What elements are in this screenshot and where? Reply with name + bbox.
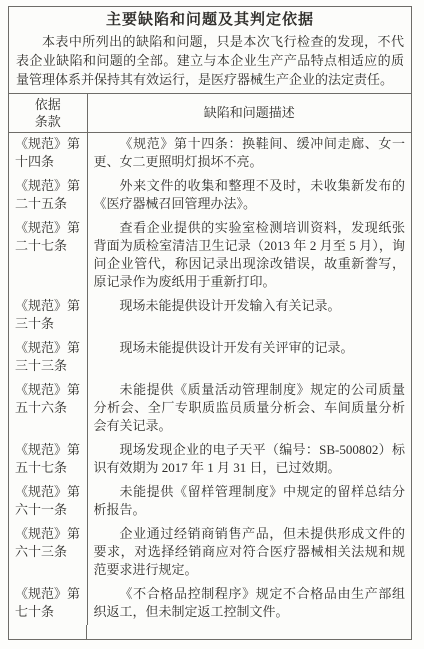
- clause-column-empty: [9, 625, 87, 639]
- defect-description: 查看企业提供的实验室检测培训资料，发现纸张背面为质检室清洁卫生记录（2013 年…: [87, 217, 411, 295]
- clause-column-header: 依据 条款: [9, 94, 87, 133]
- clause-reference: 《规范》第六十一条: [9, 481, 87, 523]
- defect-description: 现场发现企业的电子天平（编号：SB-500802）标识有效期为 2017 年 1…: [87, 439, 411, 481]
- defect-description: 现场未能提供设计开发输入有关记录。: [87, 295, 411, 337]
- defect-description: 现场未能提供设计开发有关评审的记录。: [87, 337, 411, 379]
- defect-row: 《规范》第五十六条未能提供《质量活动管理制度》规定的公司质量分析会、全厂专职质监…: [9, 379, 411, 439]
- clause-reference: 《规范》第三十条: [9, 295, 87, 337]
- defect-row: 《规范》第三十条现场未能提供设计开发输入有关记录。: [9, 295, 411, 337]
- table-header-row: 依据 条款 缺陷和问题描述: [9, 94, 411, 133]
- clause-header-line1: 依据: [9, 96, 87, 113]
- defect-row: 《规范》第六十一条未能提供《留样管理制度》中规定的留样总结分析报告。: [9, 481, 411, 523]
- defect-row: 《规范》第十四条《规范》第十四条：换鞋间、缓冲间走廊、女一更、女二更照明灯损坏不…: [9, 133, 411, 176]
- defect-description: 《不合格品控制程序》规定不合格品由生产部组织返工，但未制定返工控制文件。: [87, 583, 411, 625]
- defect-row: 《规范》第六十三条企业通过经销商销售产品，但未提供形成文件的要求，对选择经销商应…: [9, 523, 411, 583]
- scanned-document-page: { "colors": { "ink": "#2e2d2a", "line": …: [0, 0, 424, 649]
- clause-header-line2: 条款: [9, 113, 87, 130]
- description-column-header: 缺陷和问题描述: [87, 94, 411, 133]
- intro-paragraph: 本表中所列出的缺陷和问题，只是本次飞行检查的发现，不代表企业缺陷和问题的全部。建…: [9, 31, 411, 93]
- clause-reference: 《规范》第二十七条: [9, 217, 87, 295]
- defect-row: 《规范》第二十七条查看企业提供的实验室检测培训资料，发现纸张背面为质检室清洁卫生…: [9, 217, 411, 295]
- defect-description: 未能提供《质量活动管理制度》规定的公司质量分析会、全厂专职质监员质量分析会、车间…: [87, 379, 411, 439]
- clause-reference: 《规范》第五十七条: [9, 439, 87, 481]
- defect-table-body: 《规范》第十四条《规范》第十四条：换鞋间、缓冲间走廊、女一更、女二更照明灯损坏不…: [9, 133, 411, 626]
- clause-reference: 《规范》第三十三条: [9, 337, 87, 379]
- clause-reference: 《规范》第七十条: [9, 583, 87, 625]
- table-empty-space: [9, 625, 411, 639]
- clause-reference: 《规范》第五十六条: [9, 379, 87, 439]
- defect-description: 企业通过经销商销售产品，但未提供形成文件的要求，对选择经销商应对符合医疗器械相关…: [87, 523, 411, 583]
- clause-reference: 《规范》第二十五条: [9, 175, 87, 217]
- clause-reference: 《规范》第六十三条: [9, 523, 87, 583]
- defect-table: 依据 条款 缺陷和问题描述 《规范》第十四条《规范》第十四条：换鞋间、缓冲间走廊…: [9, 93, 411, 625]
- defect-description: 外来文件的收集和整理不及时，未收集新发布的《医疗器械召回管理办法》。: [87, 175, 411, 217]
- defect-row: 《规范》第七十条《不合格品控制程序》规定不合格品由生产部组织返工，但未制定返工控…: [9, 583, 411, 625]
- defect-row: 《规范》第五十七条现场发现企业的电子天平（编号：SB-500802）标识有效期为…: [9, 439, 411, 481]
- defect-row: 《规范》第三十三条现场未能提供设计开发有关评审的记录。: [9, 337, 411, 379]
- defect-description: 未能提供《留样管理制度》中规定的留样总结分析报告。: [87, 481, 411, 523]
- defect-description: 《规范》第十四条：换鞋间、缓冲间走廊、女一更、女二更照明灯损坏不亮。: [87, 133, 411, 176]
- page-title: 主要缺陷和问题及其判定依据: [9, 7, 411, 31]
- clause-reference: 《规范》第十四条: [9, 133, 87, 176]
- defect-report-table: 主要缺陷和问题及其判定依据 本表中所列出的缺陷和问题，只是本次飞行检查的发现，不…: [8, 6, 412, 640]
- defect-row: 《规范》第二十五条外来文件的收集和整理不及时，未收集新发布的《医疗器械召回管理办…: [9, 175, 411, 217]
